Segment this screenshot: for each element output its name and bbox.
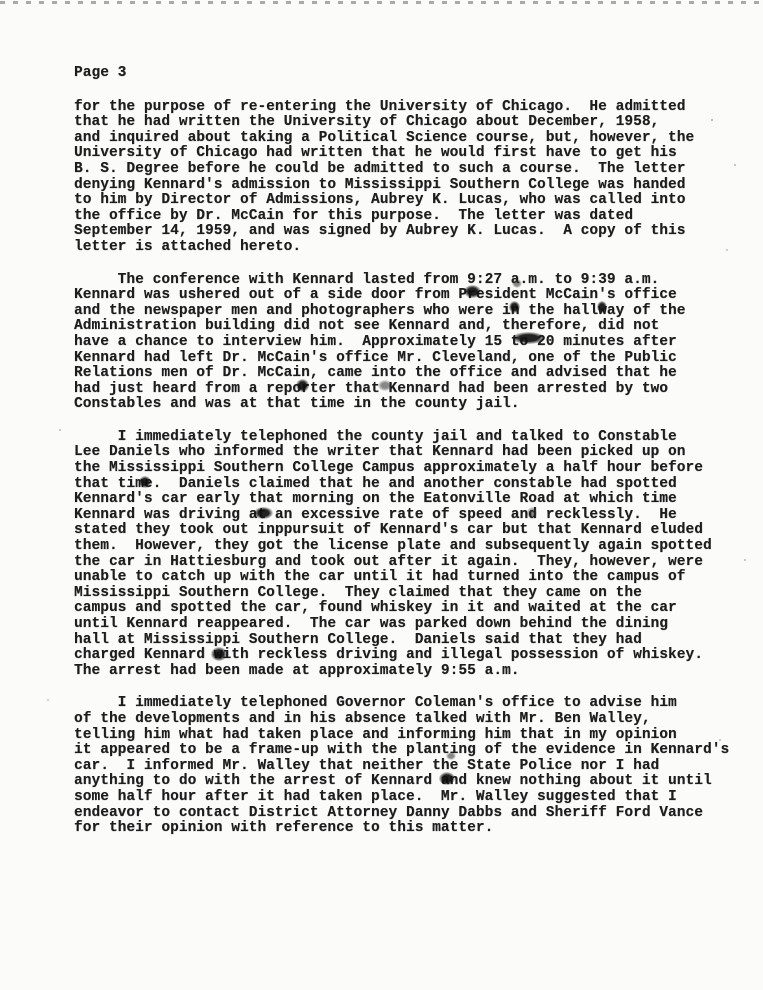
text-line: Constables and was at that time in the c… [74, 397, 754, 413]
paragraph: for the purpose of re-entering the Unive… [74, 100, 754, 256]
text-line: letter is attached hereto. [74, 240, 754, 256]
scanned-page: Page 3 for the purpose of re-entering th… [0, 0, 763, 990]
text-line: Kennard's car early that morning on the … [74, 492, 754, 508]
text-line: The arrest had been made at approximatel… [74, 664, 754, 680]
text-line: that time. Daniels claimed that he and a… [74, 477, 754, 493]
text-line: that he had written the University of Ch… [74, 115, 754, 131]
text-line: Lee Daniels who informed the writer that… [74, 445, 754, 461]
text-line: September 14, 1959, and was signed by Au… [74, 224, 754, 240]
text-line: hall at Mississippi Southern College. Da… [74, 633, 754, 649]
text-line: had just heard from a reporter that Kenn… [74, 382, 754, 398]
text-line: Mississippi Southern College. They claim… [74, 586, 754, 602]
text-line: charged Kennard with reckless driving an… [74, 648, 754, 664]
text-line: for the purpose of re-entering the Unive… [74, 100, 754, 116]
text-line: and the newspaper men and photographers … [74, 304, 754, 320]
text-line: stated they took out inppursuit of Kenna… [74, 523, 754, 539]
text-line: Administration building did not see Kenn… [74, 319, 754, 335]
text-line: B. S. Degree before he could be admitted… [74, 162, 754, 178]
text-line: The conference with Kennard lasted from … [74, 273, 754, 289]
text-line: car. I informed Mr. Walley that neither … [74, 759, 754, 775]
text-line: Kennard was driving at an excessive rate… [74, 508, 754, 524]
text-line: University of Chicago had written that h… [74, 146, 754, 162]
text-line: until Kennard reappeared. The car was pa… [74, 617, 754, 633]
text-line: it appeared to be a frame-up with the pl… [74, 743, 754, 759]
text-line: anything to do with the arrest of Kennar… [74, 774, 754, 790]
text-line: campus and spotted the car, found whiske… [74, 601, 754, 617]
text-line: I immediately telephoned Governor Colema… [74, 696, 754, 712]
text-line: and inquired about taking a Political Sc… [74, 131, 754, 147]
text-line: them. However, they got the license plat… [74, 539, 754, 555]
text-line: the car in Hattiesburg and took out afte… [74, 555, 754, 571]
text-line: denying Kennard's admission to Mississip… [74, 178, 754, 194]
text-line: I immediately telephoned the county jail… [74, 430, 754, 446]
text-line: the office by Dr. McCain for this purpos… [74, 209, 754, 225]
perforation-dots [0, 1, 763, 4]
text-line: to him by Director of Admissions, Aubrey… [74, 193, 754, 209]
text-line: unable to catch up with the car until it… [74, 570, 754, 586]
text-line: some half hour after it had taken place.… [74, 790, 754, 806]
paragraph: I immediately telephoned the county jail… [74, 430, 754, 680]
text-line: for their opinion with reference to this… [74, 821, 754, 837]
text-line: Relations men of Dr. McCain, came into t… [74, 366, 754, 382]
text-line: telling him what had taken place and inf… [74, 728, 754, 744]
typewritten-content: Page 3 for the purpose of re-entering th… [74, 66, 754, 854]
document-body: for the purpose of re-entering the Unive… [74, 100, 754, 837]
text-line: of the developments and in his absence t… [74, 712, 754, 728]
paragraph: The conference with Kennard lasted from … [74, 273, 754, 413]
text-line: Kennard was ushered out of a side door f… [74, 288, 754, 304]
page-number-label: Page 3 [74, 66, 754, 82]
text-line: endeavor to contact District Attorney Da… [74, 806, 754, 822]
paragraph: I immediately telephoned Governor Colema… [74, 696, 754, 836]
text-line: have a chance to interview him. Approxim… [74, 335, 754, 351]
text-line: Kennard had left Dr. McCain's office Mr.… [74, 351, 754, 367]
text-line: the Mississippi Southern College Campus … [74, 461, 754, 477]
